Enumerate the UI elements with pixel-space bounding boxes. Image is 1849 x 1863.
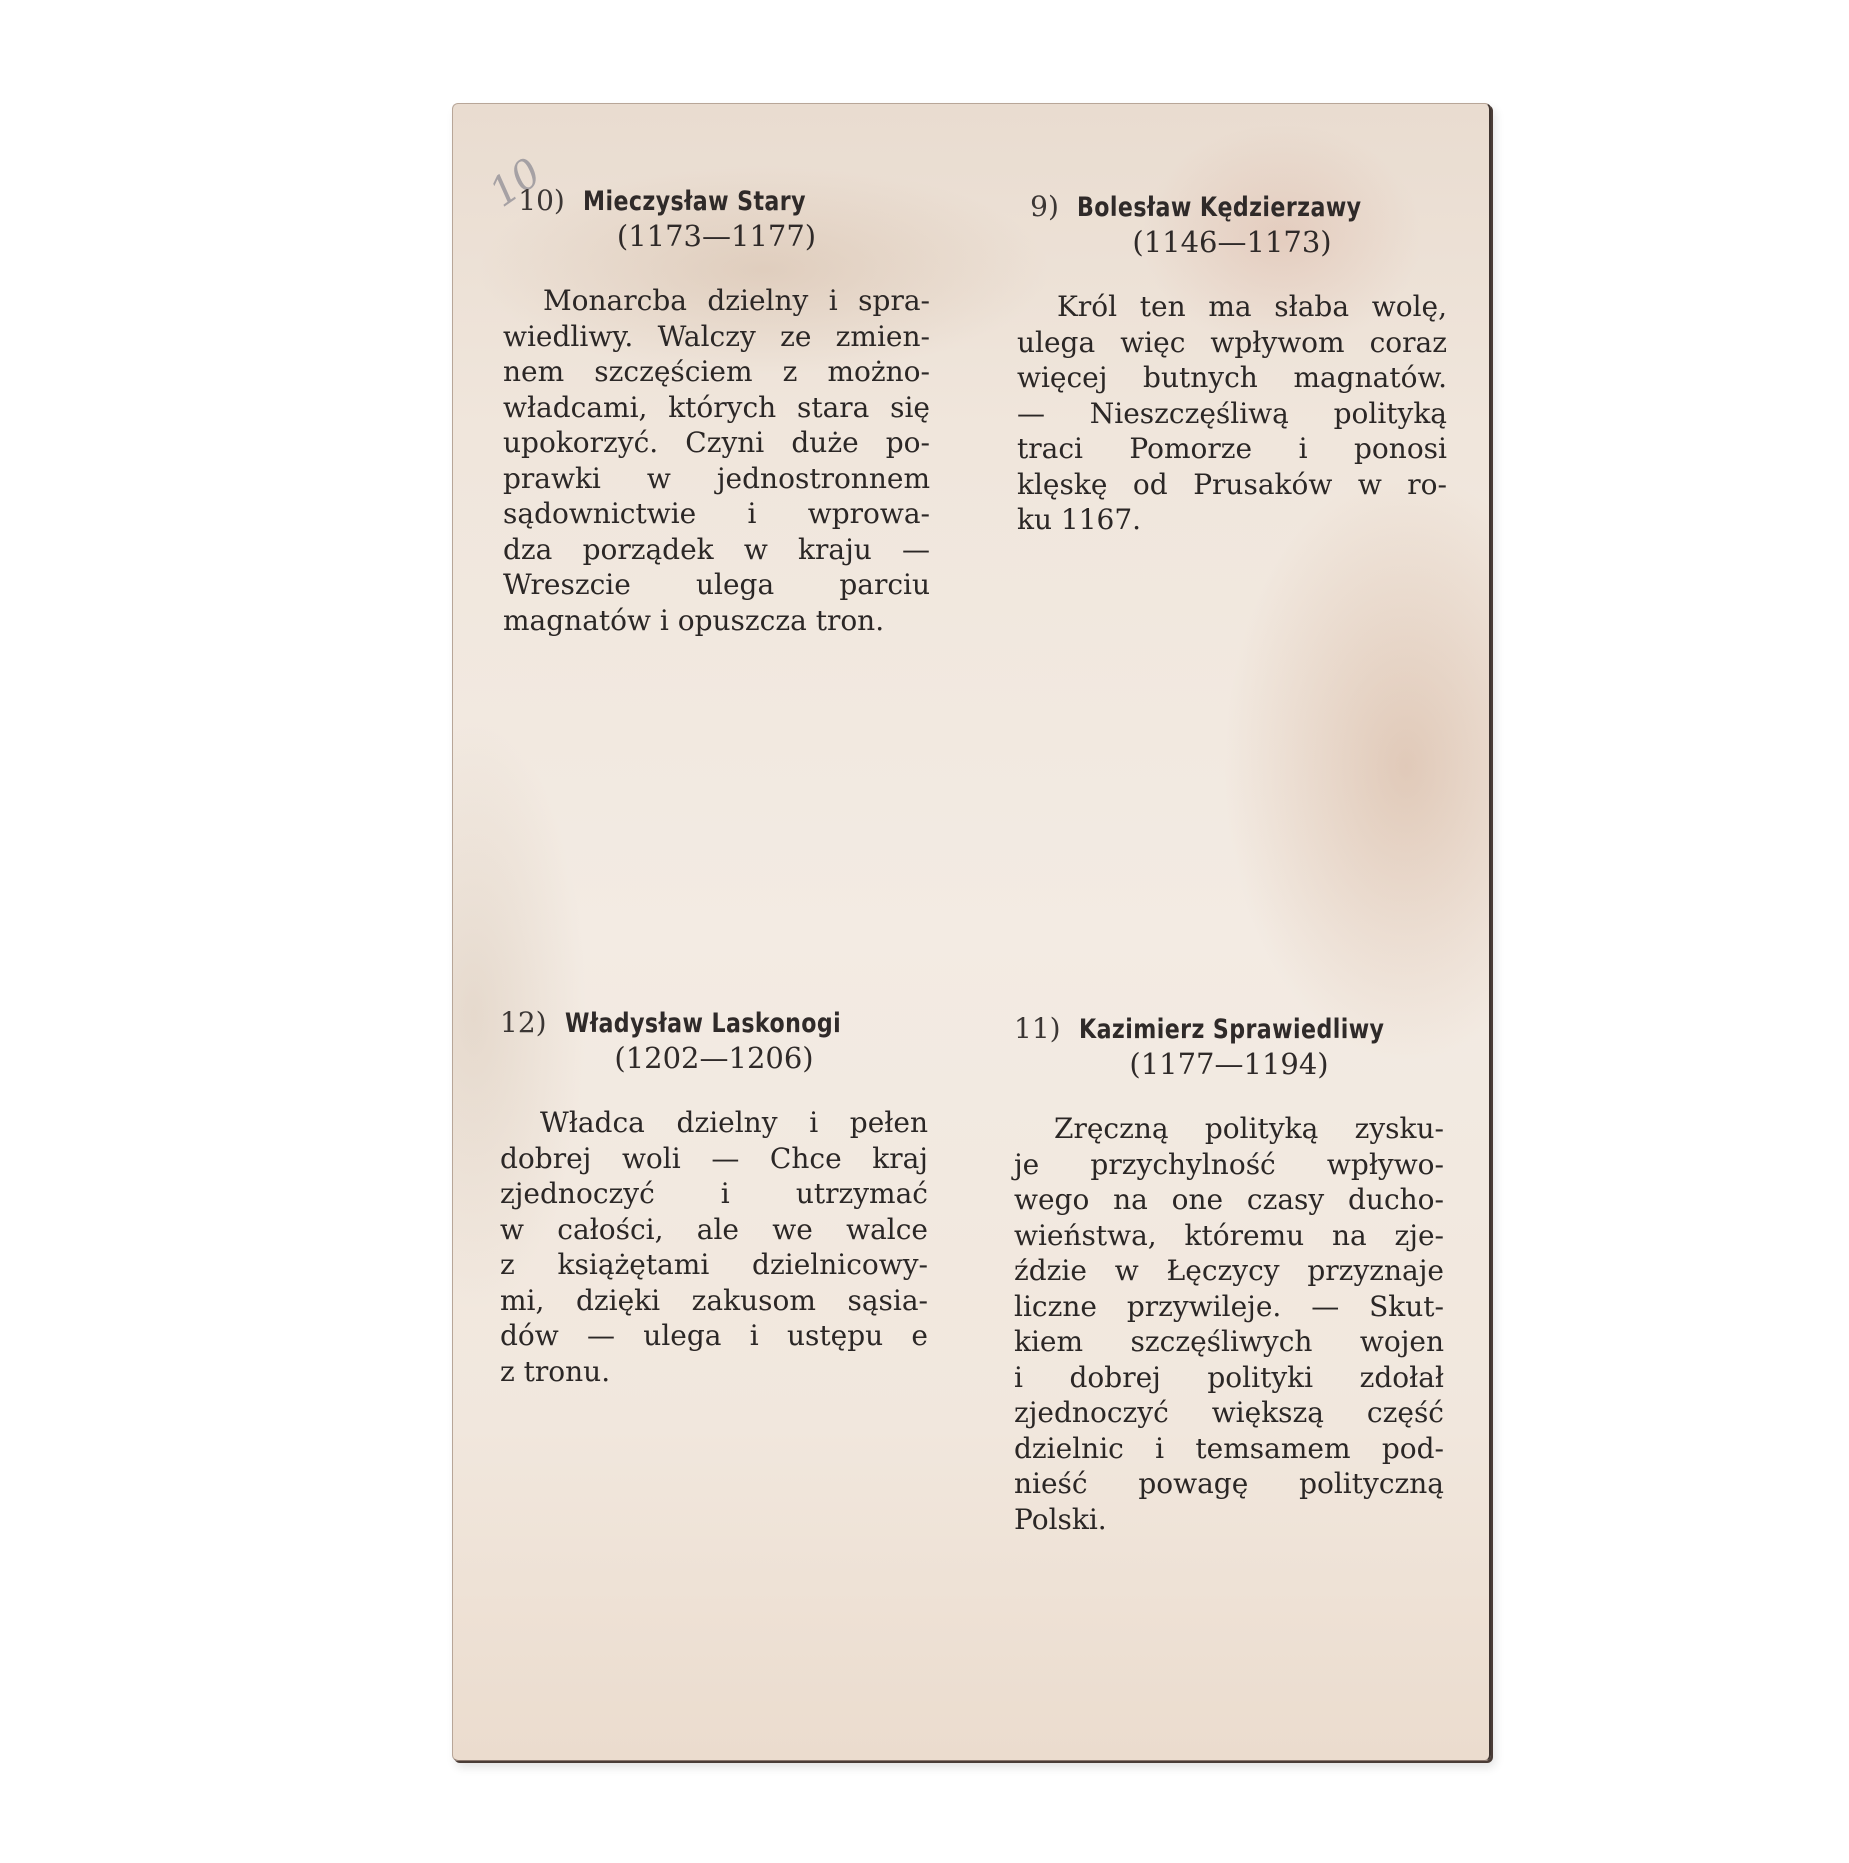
text-line: ulega więc wpływom coraz <box>1017 325 1447 361</box>
text-line: Monarcba dzielny i spra- <box>503 283 930 319</box>
text-line: i dobrej polityki zdołał <box>1014 1360 1444 1396</box>
entry-number: 12) <box>500 1006 547 1039</box>
text-line: prawki w jednostronnem <box>503 461 930 497</box>
text-line: dów — ulega i ustępu e <box>500 1318 928 1354</box>
entry-body: Władca dzielny i pełendobrej woli — Chce… <box>500 1105 928 1389</box>
text-line: władcami, których stara się <box>503 390 930 426</box>
entry-header: 12)Władysław Laskonogi <box>500 1006 928 1039</box>
entry-boleslaw-kedzierzawy: 9)Bolesław Kędzierzawy (1146—1173) Król … <box>1017 190 1447 538</box>
entry-years: (1202—1206) <box>500 1041 928 1075</box>
text-line: z książętami dzielnicowy- <box>500 1247 928 1283</box>
text-line: klęskę od Prusaków w ro- <box>1017 467 1447 503</box>
entry-mieczyslaw-stary: 10)Mieczysław Stary (1173—1177) Monarcba… <box>503 184 930 638</box>
entry-number: 10) <box>518 184 565 217</box>
text-line: w całości, ale we walce <box>500 1212 928 1248</box>
entry-body: Zręczną polityką zysku-je przychylność w… <box>1014 1111 1444 1537</box>
entry-body: Król ten ma słaba wolę,ulega więc wpływo… <box>1017 289 1447 538</box>
text-line: więcej butnych magnatów. <box>1017 360 1447 396</box>
text-line: liczne przywileje. — Skut- <box>1014 1289 1444 1325</box>
text-line: je przychylność wpływo- <box>1014 1147 1444 1183</box>
text-line: dzielnic i temsamem pod- <box>1014 1431 1444 1467</box>
text-line: Polski. <box>1014 1502 1444 1538</box>
entry-years: (1146—1173) <box>1017 225 1447 259</box>
text-line: wieństwa, któremu na zje- <box>1014 1218 1444 1254</box>
text-line: — Nieszczęśliwą polityką <box>1017 396 1447 432</box>
entry-years: (1173—1177) <box>503 219 930 253</box>
text-line: z tronu. <box>500 1354 928 1390</box>
text-line: sądownictwie i wprowa- <box>503 496 930 532</box>
text-line: nieść powagę polityczną <box>1014 1466 1444 1502</box>
entry-name: Mieczysław Stary <box>583 186 806 217</box>
text-line: Król ten ma słaba wolę, <box>1017 289 1447 325</box>
text-line: nem szczęściem z możno- <box>503 354 930 390</box>
text-line: traci Pomorze i ponosi <box>1017 431 1447 467</box>
entry-header: 10)Mieczysław Stary <box>503 184 930 217</box>
entry-name: Bolesław Kędzierzawy <box>1077 192 1362 223</box>
text-line: ku 1167. <box>1017 502 1447 538</box>
text-line: wiedliwy. Walczy ze zmien- <box>503 319 930 355</box>
entry-name: Władysław Laskonogi <box>565 1008 841 1039</box>
entry-number: 9) <box>1030 190 1059 223</box>
text-line: zjednoczyć i utrzymać <box>500 1176 928 1212</box>
entry-body: Monarcba dzielny i spra-wiedliwy. Walczy… <box>503 283 930 638</box>
entry-header: 11)Kazimierz Sprawiedliwy <box>1014 1012 1444 1045</box>
text-line: zjednoczyć większą część <box>1014 1395 1444 1431</box>
entry-number: 11) <box>1014 1012 1061 1045</box>
text-line: wego na one czasy ducho- <box>1014 1182 1444 1218</box>
text-line: ździe w Łęczycy przyznaje <box>1014 1253 1444 1289</box>
entry-name: Kazimierz Sprawiedliwy <box>1079 1014 1384 1045</box>
text-line: Władca dzielny i pełen <box>500 1105 928 1141</box>
text-line: magnatów i opuszcza tron. <box>503 603 930 639</box>
text-line: dobrej woli — Chce kraj <box>500 1141 928 1177</box>
entry-years: (1177—1194) <box>1014 1047 1444 1081</box>
text-line: mi, dzięki zakusom sąsia- <box>500 1283 928 1319</box>
entry-kazimierz-sprawiedliwy: 11)Kazimierz Sprawiedliwy (1177—1194) Zr… <box>1014 1012 1444 1537</box>
text-line: upokorzyć. Czyni duże po- <box>503 425 930 461</box>
entry-wladyslaw-laskonogi: 12)Władysław Laskonogi (1202—1206) Władc… <box>500 1006 928 1389</box>
text-line: kiem szczęśliwych wojen <box>1014 1324 1444 1360</box>
text-line: Wreszcie ulega parciu <box>503 567 930 603</box>
entry-header: 9)Bolesław Kędzierzawy <box>1017 190 1447 223</box>
text-line: dza porządek w kraju — <box>503 532 930 568</box>
text-line: Zręczną polityką zysku- <box>1014 1111 1444 1147</box>
